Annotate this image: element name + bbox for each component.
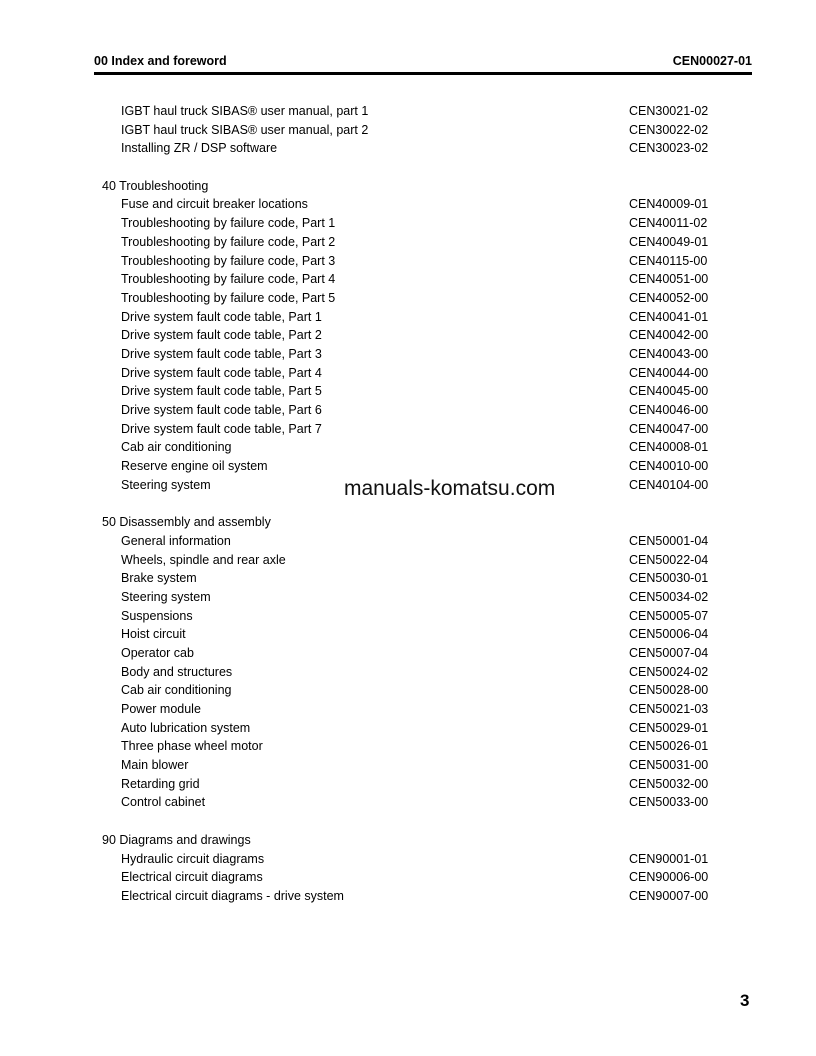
toc-entry-title: Troubleshooting by failure code, Part 5: [121, 289, 335, 308]
toc-entry[interactable]: IGBT haul truck SIBAS® user manual, part…: [94, 121, 714, 140]
toc-entry-code: CEN40115-00: [629, 252, 707, 271]
toc-entry-code: CEN40042-00: [629, 326, 708, 345]
page-number: 3: [740, 991, 749, 1011]
toc-entry-code: CEN50021-03: [629, 700, 708, 719]
toc-entry-code: CEN40044-00: [629, 364, 708, 383]
toc-entry-title: Cab air conditioning: [121, 681, 232, 700]
toc-entry-title: Drive system fault code table, Part 6: [121, 401, 322, 420]
toc-entry[interactable]: Drive system fault code table, Part 2CEN…: [94, 326, 714, 345]
toc-entry-title: Wheels, spindle and rear axle: [121, 551, 286, 570]
toc-entry[interactable]: Hydraulic circuit diagramsCEN90001-01: [94, 850, 714, 869]
toc-entry-title: Cab air conditioning: [121, 438, 232, 457]
toc-entry-code: CEN40045-00: [629, 382, 708, 401]
toc-entry-title: Main blower: [121, 756, 188, 775]
toc-entry-title: Suspensions: [121, 607, 193, 626]
toc-entry-code: CEN40104-00: [629, 476, 708, 495]
toc-entry[interactable]: Drive system fault code table, Part 4CEN…: [94, 364, 714, 383]
toc-entry-code: CEN40010-00: [629, 457, 708, 476]
toc-entry[interactable]: Power moduleCEN50021-03: [94, 700, 714, 719]
toc-entry[interactable]: Electrical circuit diagrams - drive syst…: [94, 887, 714, 906]
toc-entry[interactable]: Retarding gridCEN50032-00: [94, 775, 714, 794]
toc-entry-title: Fuse and circuit breaker locations: [121, 195, 308, 214]
toc-entry-code: CEN50005-07: [629, 607, 708, 626]
toc-entry[interactable]: Brake systemCEN50030-01: [94, 569, 714, 588]
toc-entry-code: CEN50024-02: [629, 663, 708, 682]
toc-entry-code: CEN90006-00: [629, 868, 708, 887]
toc-entry-code: CEN40043-00: [629, 345, 708, 364]
toc-entry[interactable]: Drive system fault code table, Part 6CEN…: [94, 401, 714, 420]
toc-entry-code: CEN40046-00: [629, 401, 708, 420]
toc-entry-code: CEN50030-01: [629, 569, 708, 588]
toc-entry[interactable]: Troubleshooting by failure code, Part 1C…: [94, 214, 714, 233]
toc-entry-title: Drive system fault code table, Part 3: [121, 345, 322, 364]
toc-entry-title: Electrical circuit diagrams: [121, 868, 263, 887]
toc-entry-title: General information: [121, 532, 231, 551]
toc-entry[interactable]: Three phase wheel motorCEN50026-01: [94, 737, 714, 756]
toc-entry-title: Retarding grid: [121, 775, 200, 794]
toc-entry-code: CEN50007-04: [629, 644, 708, 663]
toc-entry-code: CEN40041-01: [629, 308, 708, 327]
toc-entry-code: CEN90007-00: [629, 887, 708, 906]
toc-entry[interactable]: Installing ZR / DSP softwareCEN30023-02: [94, 139, 714, 158]
toc-entry-title: Auto lubrication system: [121, 719, 250, 738]
toc-entry-title: Brake system: [121, 569, 197, 588]
toc-entry[interactable]: Cab air conditioningCEN50028-00: [94, 681, 714, 700]
toc-entry-title: Three phase wheel motor: [121, 737, 263, 756]
toc-entry[interactable]: Cab air conditioningCEN40008-01: [94, 438, 714, 457]
toc-entry-code: CEN50033-00: [629, 793, 708, 812]
section-heading-text: 90 Diagrams and drawings: [102, 831, 251, 850]
toc-entry-title: Power module: [121, 700, 201, 719]
toc-entry[interactable]: Drive system fault code table, Part 5CEN…: [94, 382, 714, 401]
toc-entry[interactable]: Troubleshooting by failure code, Part 5C…: [94, 289, 714, 308]
toc-entry-code: CEN50031-00: [629, 756, 708, 775]
toc-entry[interactable]: Reserve engine oil systemCEN40010-00: [94, 457, 714, 476]
document-code: CEN00027-01: [673, 54, 752, 68]
toc-entry-title: Drive system fault code table, Part 7: [121, 420, 322, 439]
toc-entry-title: Steering system: [121, 588, 211, 607]
toc-entry-title: Reserve engine oil system: [121, 457, 268, 476]
toc-entry-code: CEN90001-01: [629, 850, 708, 869]
toc-entry-title: IGBT haul truck SIBAS® user manual, part…: [121, 102, 368, 121]
toc-entry-title: Drive system fault code table, Part 1: [121, 308, 322, 327]
toc-entry-title: Hoist circuit: [121, 625, 186, 644]
toc-entry-title: Troubleshooting by failure code, Part 2: [121, 233, 335, 252]
toc-entry-code: CEN40008-01: [629, 438, 708, 457]
watermark: manuals-komatsu.com: [344, 477, 555, 501]
toc-entry-code: CEN40052-00: [629, 289, 708, 308]
toc-entry[interactable]: Body and structuresCEN50024-02: [94, 663, 714, 682]
toc-entry-title: Electrical circuit diagrams - drive syst…: [121, 887, 344, 906]
toc-entry-code: CEN30022-02: [629, 121, 708, 140]
toc-entry[interactable]: Troubleshooting by failure code, Part 2C…: [94, 233, 714, 252]
toc-entry[interactable]: Auto lubrication systemCEN50029-01: [94, 719, 714, 738]
toc-entry[interactable]: IGBT haul truck SIBAS® user manual, part…: [94, 102, 714, 121]
section-heading: 50 Disassembly and assembly: [94, 513, 714, 532]
toc-entry-title: Body and structures: [121, 663, 232, 682]
toc-entry-code: CEN50022-04: [629, 551, 708, 570]
toc-entry[interactable]: Drive system fault code table, Part 7CEN…: [94, 420, 714, 439]
toc-entry-code: CEN50032-00: [629, 775, 708, 794]
toc-entry-code: CEN50001-04: [629, 532, 708, 551]
toc-entry-code: CEN30023-02: [629, 139, 708, 158]
toc-entry[interactable]: Troubleshooting by failure code, Part 4C…: [94, 270, 714, 289]
section-heading: 40 Troubleshooting: [94, 177, 714, 196]
toc-entry[interactable]: Drive system fault code table, Part 1CEN…: [94, 308, 714, 327]
section-heading-text: 40 Troubleshooting: [102, 177, 208, 196]
toc-entry-code: CEN30021-02: [629, 102, 708, 121]
toc-entry[interactable]: Control cabinetCEN50033-00: [94, 793, 714, 812]
toc-entry-title: Operator cab: [121, 644, 194, 663]
toc-entry-title: Troubleshooting by failure code, Part 1: [121, 214, 335, 233]
toc-entry[interactable]: Wheels, spindle and rear axleCEN50022-04: [94, 551, 714, 570]
toc-entry-title: Steering system: [121, 476, 211, 495]
toc-entry[interactable]: SuspensionsCEN50005-07: [94, 607, 714, 626]
toc-entry-code: CEN50029-01: [629, 719, 708, 738]
toc-entry[interactable]: Main blowerCEN50031-00: [94, 756, 714, 775]
toc-entry[interactable]: Hoist circuitCEN50006-04: [94, 625, 714, 644]
toc-entry[interactable]: Electrical circuit diagramsCEN90006-00: [94, 868, 714, 887]
section-title: 00 Index and foreword: [94, 54, 227, 68]
toc-entry-code: CEN50006-04: [629, 625, 708, 644]
toc-entry[interactable]: General informationCEN50001-04: [94, 532, 714, 551]
toc-entry[interactable]: Steering systemCEN50034-02: [94, 588, 714, 607]
table-of-contents: IGBT haul truck SIBAS® user manual, part…: [94, 102, 714, 906]
toc-entry-code: CEN40011-02: [629, 214, 707, 233]
toc-entry[interactable]: Fuse and circuit breaker locationsCEN400…: [94, 195, 714, 214]
toc-entry[interactable]: Troubleshooting by failure code, Part 3C…: [94, 252, 714, 271]
toc-entry-title: Troubleshooting by failure code, Part 3: [121, 252, 335, 271]
page-header: 00 Index and foreword CEN00027-01: [94, 54, 752, 75]
toc-entry-title: Drive system fault code table, Part 5: [121, 382, 322, 401]
toc-entry-title: Drive system fault code table, Part 4: [121, 364, 322, 383]
toc-entry-code: CEN40047-00: [629, 420, 708, 439]
toc-entry[interactable]: Drive system fault code table, Part 3CEN…: [94, 345, 714, 364]
toc-entry-code: CEN50034-02: [629, 588, 708, 607]
toc-entry-title: Troubleshooting by failure code, Part 4: [121, 270, 335, 289]
section-spacer: [94, 158, 714, 177]
toc-entry-code: CEN40049-01: [629, 233, 708, 252]
toc-entry-title: Drive system fault code table, Part 2: [121, 326, 322, 345]
toc-entry-title: Hydraulic circuit diagrams: [121, 850, 264, 869]
toc-entry[interactable]: Operator cabCEN50007-04: [94, 644, 714, 663]
toc-entry-title: IGBT haul truck SIBAS® user manual, part…: [121, 121, 368, 140]
section-heading: 90 Diagrams and drawings: [94, 831, 714, 850]
toc-entry-code: CEN50028-00: [629, 681, 708, 700]
toc-entry-code: CEN50026-01: [629, 737, 708, 756]
toc-entry-title: Control cabinet: [121, 793, 205, 812]
toc-entry-code: CEN40051-00: [629, 270, 708, 289]
section-heading-text: 50 Disassembly and assembly: [102, 513, 271, 532]
toc-entry-code: CEN40009-01: [629, 195, 708, 214]
section-spacer: [94, 812, 714, 831]
toc-entry-title: Installing ZR / DSP software: [121, 139, 277, 158]
